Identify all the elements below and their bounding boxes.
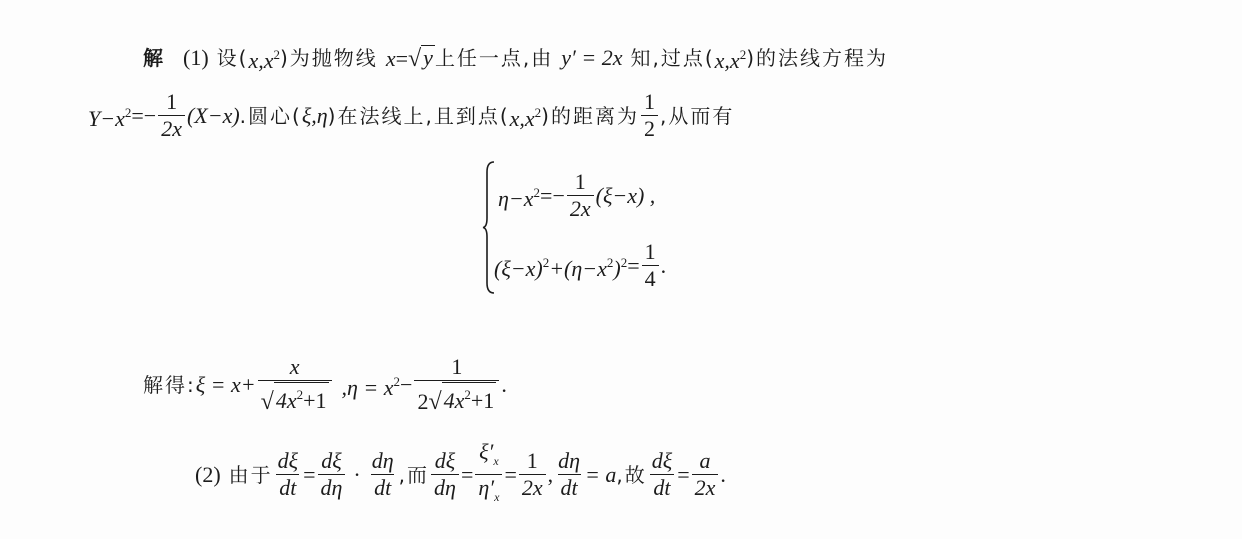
math-fragment: dξ bbox=[318, 449, 344, 474]
fraction: dξdη bbox=[318, 449, 346, 500]
text: ,而 bbox=[399, 462, 429, 488]
math-fragment: 1 bbox=[163, 90, 180, 115]
math-fragment: dξ bbox=[649, 449, 675, 474]
math-fragment: √ bbox=[261, 391, 274, 413]
math-fragment: . bbox=[720, 462, 726, 488]
math-fragment: ξ′ bbox=[479, 439, 493, 464]
math-fragment: = bbox=[504, 462, 516, 488]
math-fragment: . bbox=[661, 253, 667, 279]
math-fragment: √4x2+1 bbox=[258, 380, 332, 414]
math-fragment: = bbox=[627, 253, 639, 279]
math-fragment: √4x2+1 bbox=[261, 382, 329, 413]
math-fragment: 1 bbox=[641, 90, 658, 115]
math-fragment: 1 bbox=[572, 170, 589, 195]
math-fragment: (ξ−x)2 bbox=[494, 250, 549, 282]
fraction: 12x bbox=[519, 449, 546, 500]
solution-label: 解 bbox=[143, 45, 165, 71]
math-fragment: 4x bbox=[444, 388, 465, 413]
math-fragment: x,x bbox=[715, 48, 740, 73]
math-fragment: . bbox=[501, 372, 507, 398]
math-fragment: η−x bbox=[498, 186, 534, 211]
math-fragment: (ξ−x) , bbox=[596, 183, 656, 209]
part1-line1: 解 (1) 设( x,x2 )为抛物线 x=√y 上任一点,由 y′ = 2x … bbox=[143, 42, 888, 74]
part1-label: (1) bbox=[183, 45, 209, 71]
math-fragment: +(η−x2)2 bbox=[549, 250, 627, 282]
math-fragment: a bbox=[696, 449, 713, 474]
math-fragment: y bbox=[421, 45, 435, 70]
equals: =− bbox=[131, 103, 156, 129]
math-fragment: = bbox=[396, 46, 408, 71]
distance-fraction: 12 bbox=[641, 90, 658, 141]
math-fragment: √4x2+1 bbox=[428, 382, 496, 413]
math-fragment: 1 bbox=[448, 355, 465, 380]
math-fragment: 4x bbox=[276, 388, 297, 413]
math-fragment: = a bbox=[585, 462, 616, 488]
solution-result: 解得: ξ = x+ x √4x2+1 ,η = x2 − 1 2√4x2+1 … bbox=[143, 355, 507, 414]
math-fragment: Y−x bbox=[88, 106, 125, 131]
fraction: 12x bbox=[158, 90, 185, 141]
math-fragment: +1 bbox=[471, 388, 494, 413]
part2-label: (2) bbox=[195, 462, 221, 488]
math-fragment: +(η−x bbox=[549, 256, 607, 281]
fraction: 14 bbox=[642, 240, 659, 291]
math-fragment: 1 bbox=[524, 449, 541, 474]
math-fragment: dt bbox=[276, 474, 299, 500]
math-fragment: x,x bbox=[248, 48, 273, 73]
math-fragment: 2x bbox=[692, 474, 719, 500]
math-fragment: ξ′x bbox=[476, 440, 502, 474]
math-fragment: x,x bbox=[510, 106, 535, 131]
math-fragment: ξ = x+ bbox=[196, 372, 256, 398]
fraction: x √4x2+1 bbox=[258, 355, 332, 414]
math-fragment: (ξ−x) bbox=[494, 256, 543, 281]
math-fragment: dη bbox=[555, 449, 583, 474]
normal-line-lhs: Y−x2 bbox=[88, 100, 131, 132]
math-fragment: dt bbox=[371, 474, 394, 500]
math-fragment: 2 bbox=[417, 389, 428, 414]
text: )的距离为 bbox=[541, 103, 639, 129]
system-eq1: η−x2 =− 12x (ξ−x) , bbox=[498, 170, 655, 221]
math-fragment: dη bbox=[369, 449, 397, 474]
math-fragment bbox=[483, 162, 494, 293]
fraction: ξ′xη′x bbox=[475, 440, 502, 509]
center-expr: ξ,η bbox=[302, 103, 328, 129]
math-fragment: ,η = x bbox=[342, 375, 394, 400]
math-fragment: = bbox=[677, 462, 689, 488]
math-fragment: 2x bbox=[567, 195, 594, 221]
fraction: dξdt bbox=[275, 449, 301, 500]
math-fragment: +1 bbox=[303, 388, 326, 413]
math-fragment: 4 bbox=[642, 265, 659, 291]
math-fragment: 2√4x2+1 bbox=[414, 380, 499, 414]
math-fragment: = bbox=[303, 462, 315, 488]
math-fragment: 2x bbox=[519, 474, 546, 500]
math-fragment: η′ bbox=[478, 475, 494, 500]
math-fragment: dη bbox=[431, 474, 459, 500]
text: 设( bbox=[217, 45, 249, 71]
point-expr: x,x2 bbox=[248, 42, 280, 74]
math-fragment: x bbox=[386, 46, 396, 71]
math-fragment: 4x2+1 bbox=[442, 382, 497, 413]
math-fragment: · bbox=[353, 462, 360, 488]
math-fragment: dη bbox=[318, 474, 346, 500]
fraction: 1 2√4x2+1 bbox=[414, 355, 499, 414]
fraction: dξdη bbox=[431, 449, 459, 500]
math-fragment: η−x2 bbox=[498, 180, 540, 212]
text: )为抛物线 bbox=[280, 45, 378, 71]
text: ,从而有 bbox=[660, 103, 734, 129]
math-fragment: , bbox=[548, 462, 554, 488]
math-fragment: dξ bbox=[275, 449, 301, 474]
text: .圆心( bbox=[240, 103, 302, 129]
math-fragment: 1 bbox=[642, 240, 659, 265]
math-fragment: 2 bbox=[641, 115, 658, 141]
text: 由于 bbox=[229, 462, 273, 488]
math-fragment: =− bbox=[540, 183, 565, 209]
math-fragment: x bbox=[493, 454, 498, 468]
math-fragment: x bbox=[287, 355, 303, 380]
point-expr: x,x2 bbox=[715, 42, 747, 74]
math-fragment: ) bbox=[613, 256, 620, 281]
math-fragment: = bbox=[461, 462, 473, 488]
system-eq2: (ξ−x)2 +(η−x2)2 = 14 . bbox=[494, 240, 666, 291]
point-expr: x,x2 bbox=[510, 100, 542, 132]
math-fragment: dt bbox=[558, 474, 581, 500]
math-fragment: ,η = x2 bbox=[342, 369, 401, 401]
math-fragment: √ bbox=[408, 48, 421, 70]
normal-line-rhs: (X−x) bbox=[187, 103, 240, 129]
text: )在法线上,且到点( bbox=[328, 103, 510, 129]
fraction: dηdt bbox=[369, 449, 397, 500]
math-fragment: dt bbox=[650, 474, 673, 500]
math-fragment: η′x bbox=[475, 474, 502, 509]
math-fragment: − bbox=[400, 372, 412, 398]
fraction: 12x bbox=[567, 170, 594, 221]
math-fragment: √y bbox=[408, 45, 435, 70]
part2-line: (2) 由于 dξdt = dξdη · dηdt ,而 dξdη = ξ′xη… bbox=[195, 440, 726, 509]
derivative-expr: y′ = 2x bbox=[561, 45, 622, 71]
fraction: dηdt bbox=[555, 449, 583, 500]
fraction: dξdt bbox=[649, 449, 675, 500]
math-fragment: x bbox=[494, 490, 499, 504]
fraction: a2x bbox=[692, 449, 719, 500]
math-fragment: 2x bbox=[158, 115, 185, 141]
text: )的法线方程为 bbox=[746, 45, 888, 71]
math-fragment: √ bbox=[428, 391, 441, 413]
math-fragment: 4x2+1 bbox=[274, 382, 329, 413]
text: 知,过点( bbox=[630, 45, 714, 71]
text: 解得: bbox=[143, 372, 196, 398]
text: 上任一点,由 bbox=[435, 45, 553, 71]
part1-line2: Y−x2 =− 12x (X−x) .圆心( ξ,η )在法线上,且到点( x,… bbox=[88, 90, 734, 141]
curve-expr: x=√y bbox=[386, 45, 435, 72]
text: ,故 bbox=[616, 462, 646, 488]
math-fragment: dξ bbox=[432, 449, 458, 474]
